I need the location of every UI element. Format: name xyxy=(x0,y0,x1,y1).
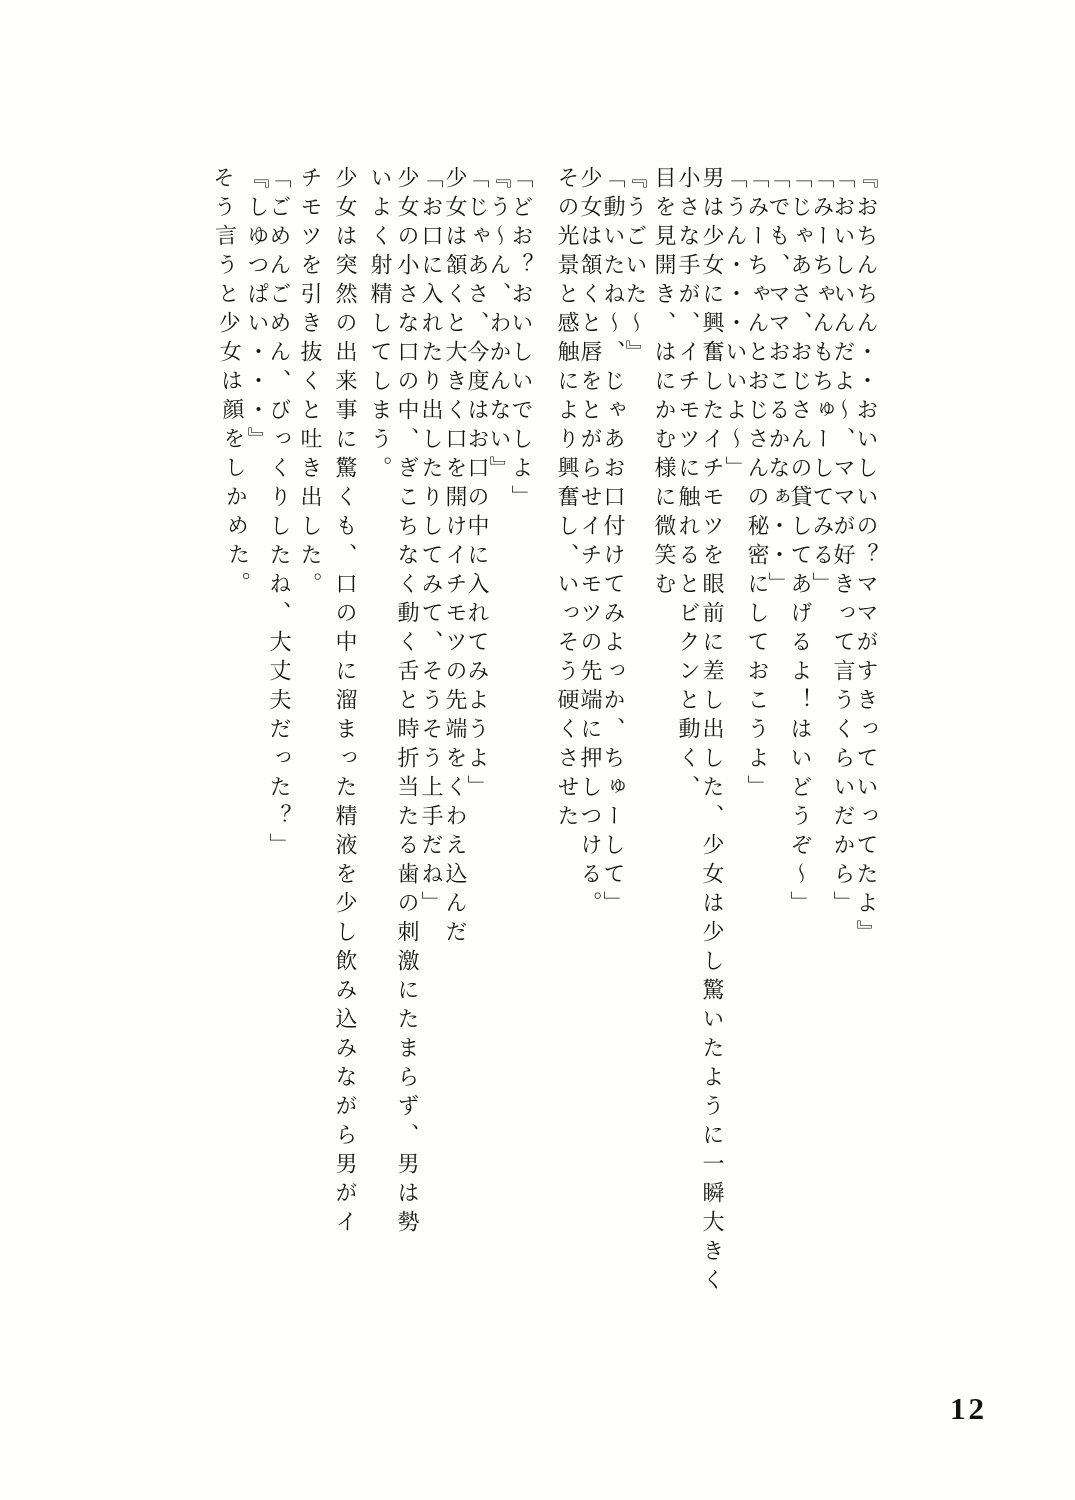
text-column: その光景と感触により興奮し、いっそう硬くさせた xyxy=(556,166,578,833)
text-column: 「でも、ママおこるかなぁ・・」 xyxy=(767,166,789,601)
text-column: 「みーちゃんもちゅーしてみる」 xyxy=(811,166,833,601)
text-column: 少女は頷くと大きく口を開けイチモツの先端をくわえ込んだ xyxy=(444,166,466,949)
text-column: 「ごめんごめん、びっくりしたね、大丈夫だった？」 xyxy=(268,166,290,862)
text-column: 目を見開き、はにかむ様に微笑む xyxy=(653,166,675,601)
page-number: 12 xyxy=(950,1391,987,1427)
text-column: 「みーちゃんとおじさんの秘密にしておこうよ」 xyxy=(746,166,768,804)
text-column: 男は少女に興奮したイチモツを眼前に差し出した、少女は少し驚いたように一瞬大きく xyxy=(701,166,723,1297)
text-column: 『う〜ん、わかんない』 xyxy=(488,166,510,485)
text-column: いよく射精してしまう。 xyxy=(369,166,391,485)
text-column: 「うん・・・いいよ〜」 xyxy=(724,166,746,485)
text-column: 少女は頷くと唇をとがらせイチモツの先端に押しつける。 xyxy=(579,166,601,920)
text-column: 少女は突然の出来事に驚くも、口の中に溜まった精液を少し飲み込みながら男がイ xyxy=(334,166,356,1239)
scanned-page: 『おちんちん・・おいしいの？ママがすきっていってたよ』 「おいしいんだよ〜、ママ… xyxy=(0,0,1075,1500)
text-column: 「おいしいんだよ〜、ママが好きって言うくらいだから」 xyxy=(832,166,854,920)
text-column: 「動いたね〜、じゃあお口付けてみよっか、ちゅーして」 xyxy=(602,166,624,920)
text-column: 「じゃあさ、今度はお口の中に入れてみようよ」 xyxy=(466,166,488,804)
text-column: 「どお？おいしいでしよ」 xyxy=(510,166,532,514)
text-column: 『うごいた〜』 xyxy=(624,166,646,369)
text-column: 「じゃあさ、おじさんの貸してあげるよ！はいどうぞ〜」 xyxy=(789,166,811,920)
text-column: 「お口に入れたり出したりしてみて、そうそう上手だね」 xyxy=(420,166,442,920)
text-column: 『おちんちん・・おいしいの？ママがすきっていってたよ』 xyxy=(855,166,877,949)
text-column: 小さな手が、イチモツに触れるとビクンと動く、 xyxy=(677,166,699,804)
text-column: 『しゆつぱい・・・』 xyxy=(246,166,268,456)
text-column: チモツを引き抜くと吐き出した。 xyxy=(299,166,321,601)
text-column: 少女の小さな口の中、ぎこちなく動く舌と時折当たる歯の刺激にたまらず、男は勢 xyxy=(396,166,418,1239)
